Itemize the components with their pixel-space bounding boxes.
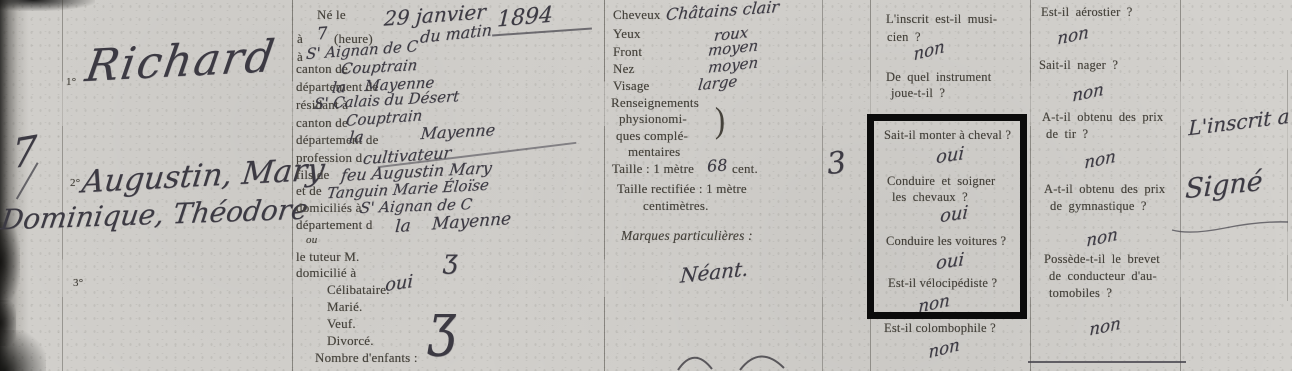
prix-gym-question-line1: A-t-il obtenu des prix	[1044, 182, 1165, 197]
colombophile-question: Est-il colombophile ?	[884, 321, 996, 336]
signature-line1: L'inscrit a	[1188, 104, 1289, 141]
renseignements-line1: Renseignements	[611, 95, 699, 111]
celibataire-value: oui	[385, 271, 414, 296]
prix-tir-question-line1: A-t-il obtenu des prix	[1042, 110, 1163, 125]
front-label: Front	[613, 44, 642, 60]
renseignements-brace: )	[715, 101, 725, 142]
marker-3: 3°	[73, 277, 83, 289]
a-label-1: à	[297, 31, 303, 47]
instrument-question-line2: joue-t-il ?	[891, 86, 945, 101]
celibataire-label: Célibataire.	[327, 282, 390, 298]
birth-year-value: 1894	[496, 2, 553, 32]
renseignements-line3: ques complé-	[616, 128, 688, 144]
column-rule-7	[1180, 0, 1181, 371]
domicilies-label: domiciliés à	[296, 200, 362, 216]
prix-gym-answer: non	[1086, 224, 1118, 251]
nager-question: Sait-il nager ?	[1039, 58, 1118, 73]
renseignements-line4: mentaires	[628, 144, 680, 160]
marques-value: Néant.	[679, 256, 749, 287]
divorce-label: Divorcé.	[327, 333, 374, 349]
surname: Richard	[82, 31, 280, 92]
prix-tir-question-line2: de tir ?	[1046, 127, 1088, 142]
profession-label: profession d	[296, 150, 362, 166]
taille-label: Taille : 1 mètre	[612, 161, 694, 177]
visage-label: Visage	[613, 78, 650, 94]
marker-1: 1°	[66, 76, 76, 88]
aerostier-answer: non	[1057, 22, 1089, 49]
column-rule-3	[604, 0, 605, 371]
centimetres-label: centimètres.	[643, 198, 709, 214]
cutoff-handwriting	[672, 354, 802, 371]
musicien-question-line2: cien ?	[887, 30, 921, 45]
brevet-auto-question-line3: tomobiles ?	[1049, 286, 1112, 301]
ne-le-label: Né le	[317, 7, 346, 23]
nez-label: Nez	[613, 61, 635, 77]
visage-value: large	[697, 72, 738, 94]
brevet-auto-question-line1: Possède-t-il le brevet	[1044, 252, 1160, 267]
tuteur-label: le tuteur M.	[296, 249, 359, 265]
marker-2: 2°	[70, 177, 80, 189]
enfants-label: Nombre d'enfants :	[315, 350, 418, 366]
renseignements-line2: physionomi-	[619, 111, 687, 127]
yeux-label: Yeux	[613, 26, 641, 42]
marital-status-brace: ʒ	[428, 291, 456, 358]
signature-flourish	[1170, 218, 1292, 236]
column-rule-4	[822, 0, 823, 371]
fils-de-label: fils de	[296, 167, 330, 183]
taille-unit-label: cent.	[732, 161, 758, 177]
class-number: 3	[825, 145, 848, 182]
departement-label-3: département d	[296, 217, 373, 233]
aerostier-question: Est-il aérostier ?	[1041, 5, 1133, 20]
colombophile-answer: non	[928, 335, 959, 363]
marques-label: Marques particulières :	[621, 228, 753, 244]
given-names-line2: Dominique, Théodore	[0, 193, 310, 237]
brevet-auto-answer: non	[1089, 313, 1121, 340]
ou-label: ou	[306, 234, 317, 246]
column-rule-6	[1030, 0, 1031, 371]
canton-label-2: canton de	[296, 115, 348, 131]
cheveux-label: Cheveux	[613, 7, 661, 23]
nager-answer: non	[1072, 79, 1104, 106]
instrument-question-line1: De quel instrument	[886, 70, 991, 85]
signature-line2: Signé	[1185, 166, 1263, 205]
marie-label: Marié.	[327, 299, 363, 315]
bottom-rule-right-column	[1028, 361, 1186, 363]
birth-hour-value: 7	[316, 24, 329, 45]
et-de-label: et de	[296, 183, 322, 199]
taille-rectifiee-label: Taille rectifiée : 1 mètre	[617, 181, 747, 197]
prix-tir-answer: non	[1084, 146, 1116, 173]
highlight-box	[867, 114, 1027, 319]
veuf-label: Veuf.	[327, 316, 356, 332]
scan-edge-shadow	[0, 0, 30, 371]
cheveux-value: Châtains clair	[665, 0, 780, 24]
register-page: 7 1° Richard 2° Augustin, Mary Dominique…	[0, 0, 1292, 371]
musicien-question-line1: L'inscrit est-il musi-	[886, 12, 997, 27]
brevet-auto-question-line2: de conducteur d'au-	[1049, 269, 1157, 284]
domicilie-label: domicilié à	[296, 265, 356, 281]
taille-value: 68	[706, 155, 728, 175]
tutor-squiggle-mark: ʒ	[443, 245, 458, 275]
column-rule-1	[62, 0, 63, 371]
prix-gym-question-line2: de gymnastique ?	[1050, 199, 1147, 214]
